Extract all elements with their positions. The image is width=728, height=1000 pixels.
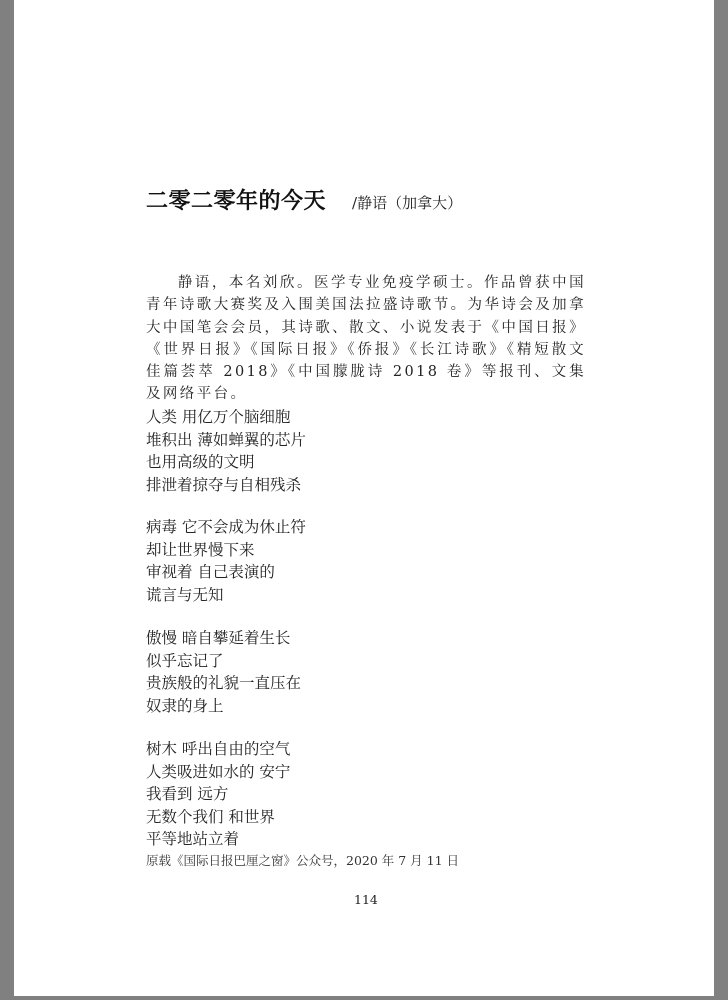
poem-line: 似乎忘记了 [146,650,301,673]
stanza-3: 傲慢 暗自攀延着生长 似乎忘记了 贵族般的礼貌一直压在 奴隶的身上 [146,627,301,717]
poem-line: 人类吸进如水的 安宁 [146,761,290,784]
poem-line: 审视着 自己表演的 [146,561,306,584]
poem-line: 堆积出 薄如蝉翼的芯片 [146,429,306,452]
author-bio: 静语，本名刘欣。医学专业免疫学硕士。作品曾获中国青年诗歌大赛奖及入围美国法拉盛诗… [146,272,586,406]
poem-line: 却让世界慢下来 [146,539,306,562]
poem-line: 傲慢 暗自攀延着生长 [146,627,301,650]
publication-source: 原载《国际日报巴厘之窗》公众号，2020 年 7 月 11 日 [146,851,459,869]
poem-line: 谎言与无知 [146,584,306,607]
poem-line: 树木 呼出自由的空气 [146,738,290,761]
poem-line: 人类 用亿万个脑细胞 [146,406,306,429]
poem-line: 排泄着掠夺与自相残杀 [146,474,306,497]
stanza-1: 人类 用亿万个脑细胞 堆积出 薄如蝉翼的芯片 也用高级的文明 排泄着掠夺与自相残… [146,406,306,496]
stanza-2: 病毒 它不会成为休止符 却让世界慢下来 审视着 自己表演的 谎言与无知 [146,516,306,606]
poem-line: 平等地站立着 [146,828,290,851]
stanza-4: 树木 呼出自由的空气 人类吸进如水的 安宁 我看到 远方 无数个我们 和世界 平… [146,738,290,851]
document-page: 二零二零年的今天 /静语（加拿大） 静语，本名刘欣。医学专业免疫学硕士。作品曾获… [14,0,714,996]
poem-line: 贵族般的礼貌一直压在 [146,672,301,695]
page-number: 114 [354,892,378,907]
poem-line: 病毒 它不会成为休止符 [146,516,306,539]
title-row: 二零二零年的今天 /静语（加拿大） [146,184,462,215]
poem-line: 奴隶的身上 [146,695,301,718]
poem-line: 也用高级的文明 [146,451,306,474]
poem-line: 我看到 远方 [146,783,290,806]
poem-line: 无数个我们 和世界 [146,806,290,829]
poem-title: 二零二零年的今天 [146,184,326,215]
author-byline: /静语（加拿大） [352,192,462,213]
